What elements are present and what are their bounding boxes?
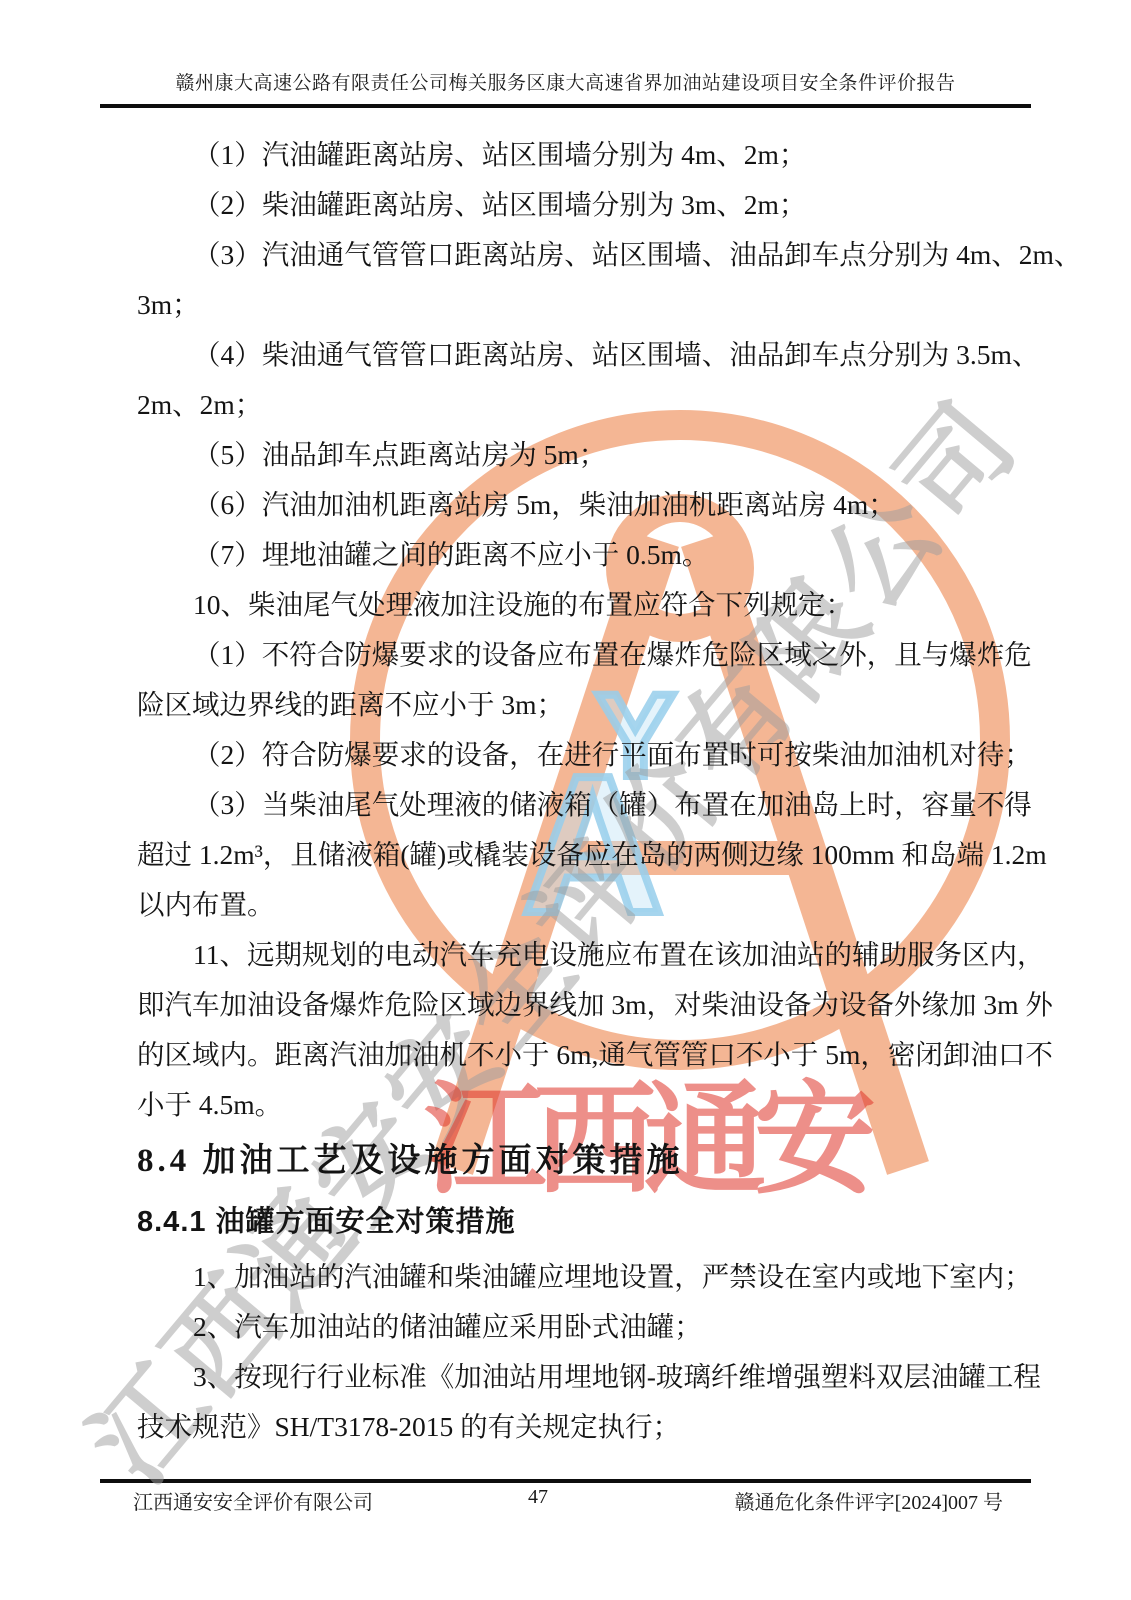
section-heading: 8.4.1 油罐方面安全对策措施 xyxy=(137,1192,1007,1252)
body-line: （5）油品卸车点距离站房为 5m； xyxy=(137,430,1007,480)
body-line: （2）符合防爆要求的设备，在进行平面布置时可按柴油加油机对待； xyxy=(137,730,1007,780)
document-page: Y A 江西通安安全评价有限公司 江西通安 赣州康大高速公路有限责任公司梅关服务… xyxy=(0,0,1131,1600)
body-line: （3）当柴油尾气处理液的储液箱（罐）布置在加油岛上时，容量不得 xyxy=(137,780,1007,830)
body-line: 即汽车加油设备爆炸危险区域边界线加 3m，对柴油设备为设备外缘加 3m 外 xyxy=(137,980,1007,1030)
body-line: 11、远期规划的电动汽车充电设施应布置在该加油站的辅助服务区内， xyxy=(137,930,1007,980)
body-line: 3、按现行行业标准《加油站用埋地钢-玻璃纤维增强塑料双层油罐工程 xyxy=(137,1352,1007,1402)
body-line: 险区域边界线的距离不应小于 3m； xyxy=(137,680,1007,730)
body-line: 技术规范》SH/T3178-2015 的有关规定执行； xyxy=(137,1402,1007,1452)
body-line: 1、加油站的汽油罐和柴油罐应埋地设置，严禁设在室内或地下室内； xyxy=(137,1252,1007,1302)
body-line: （1）不符合防爆要求的设备应布置在爆炸危险区域之外，且与爆炸危 xyxy=(137,630,1007,680)
section-heading: 8.4 加油工艺及设施方面对策措施 xyxy=(137,1130,1007,1192)
body-line: 小于 4.5m。 xyxy=(137,1080,1007,1130)
body-line: 的区域内。距离汽油加油机不小于 6m,通气管管口不小于 5m，密闭卸油口不 xyxy=(137,1030,1007,1080)
body-line: 3m； xyxy=(137,280,1007,330)
body-line: （2）柴油罐距离站房、站区围墙分别为 3m、2m； xyxy=(137,180,1007,230)
body-line: 以内布置。 xyxy=(137,880,1007,930)
body-lines: （1）汽油罐距离站房、站区围墙分别为 4m、2m；（2）柴油罐距离站房、站区围墙… xyxy=(137,130,1007,1452)
body-line: （7）埋地油罐之间的距离不应小于 0.5m。 xyxy=(137,530,1007,580)
body-line: 超过 1.2m³，且储液箱(罐)或橇装设备应在岛的两侧边缘 100mm 和岛端 … xyxy=(137,830,1007,880)
body-line: 10、柴油尾气处理液加注设施的布置应符合下列规定： xyxy=(137,580,1007,630)
body-line: （6）汽油加油机距离站房 5m，柴油加油机距离站房 4m； xyxy=(137,480,1007,530)
body-line: （3）汽油通气管管口距离站房、站区围墙、油品卸车点分别为 4m、2m、 xyxy=(137,230,1007,280)
body-line: （1）汽油罐距离站房、站区围墙分别为 4m、2m； xyxy=(137,130,1007,180)
body-line: 2、汽车加油站的储油罐应采用卧式油罐； xyxy=(137,1302,1007,1352)
body-line: （4）柴油通气管管口距离站房、站区围墙、油品卸车点分别为 3.5m、 xyxy=(137,330,1007,380)
body-line: 2m、2m； xyxy=(137,380,1007,430)
